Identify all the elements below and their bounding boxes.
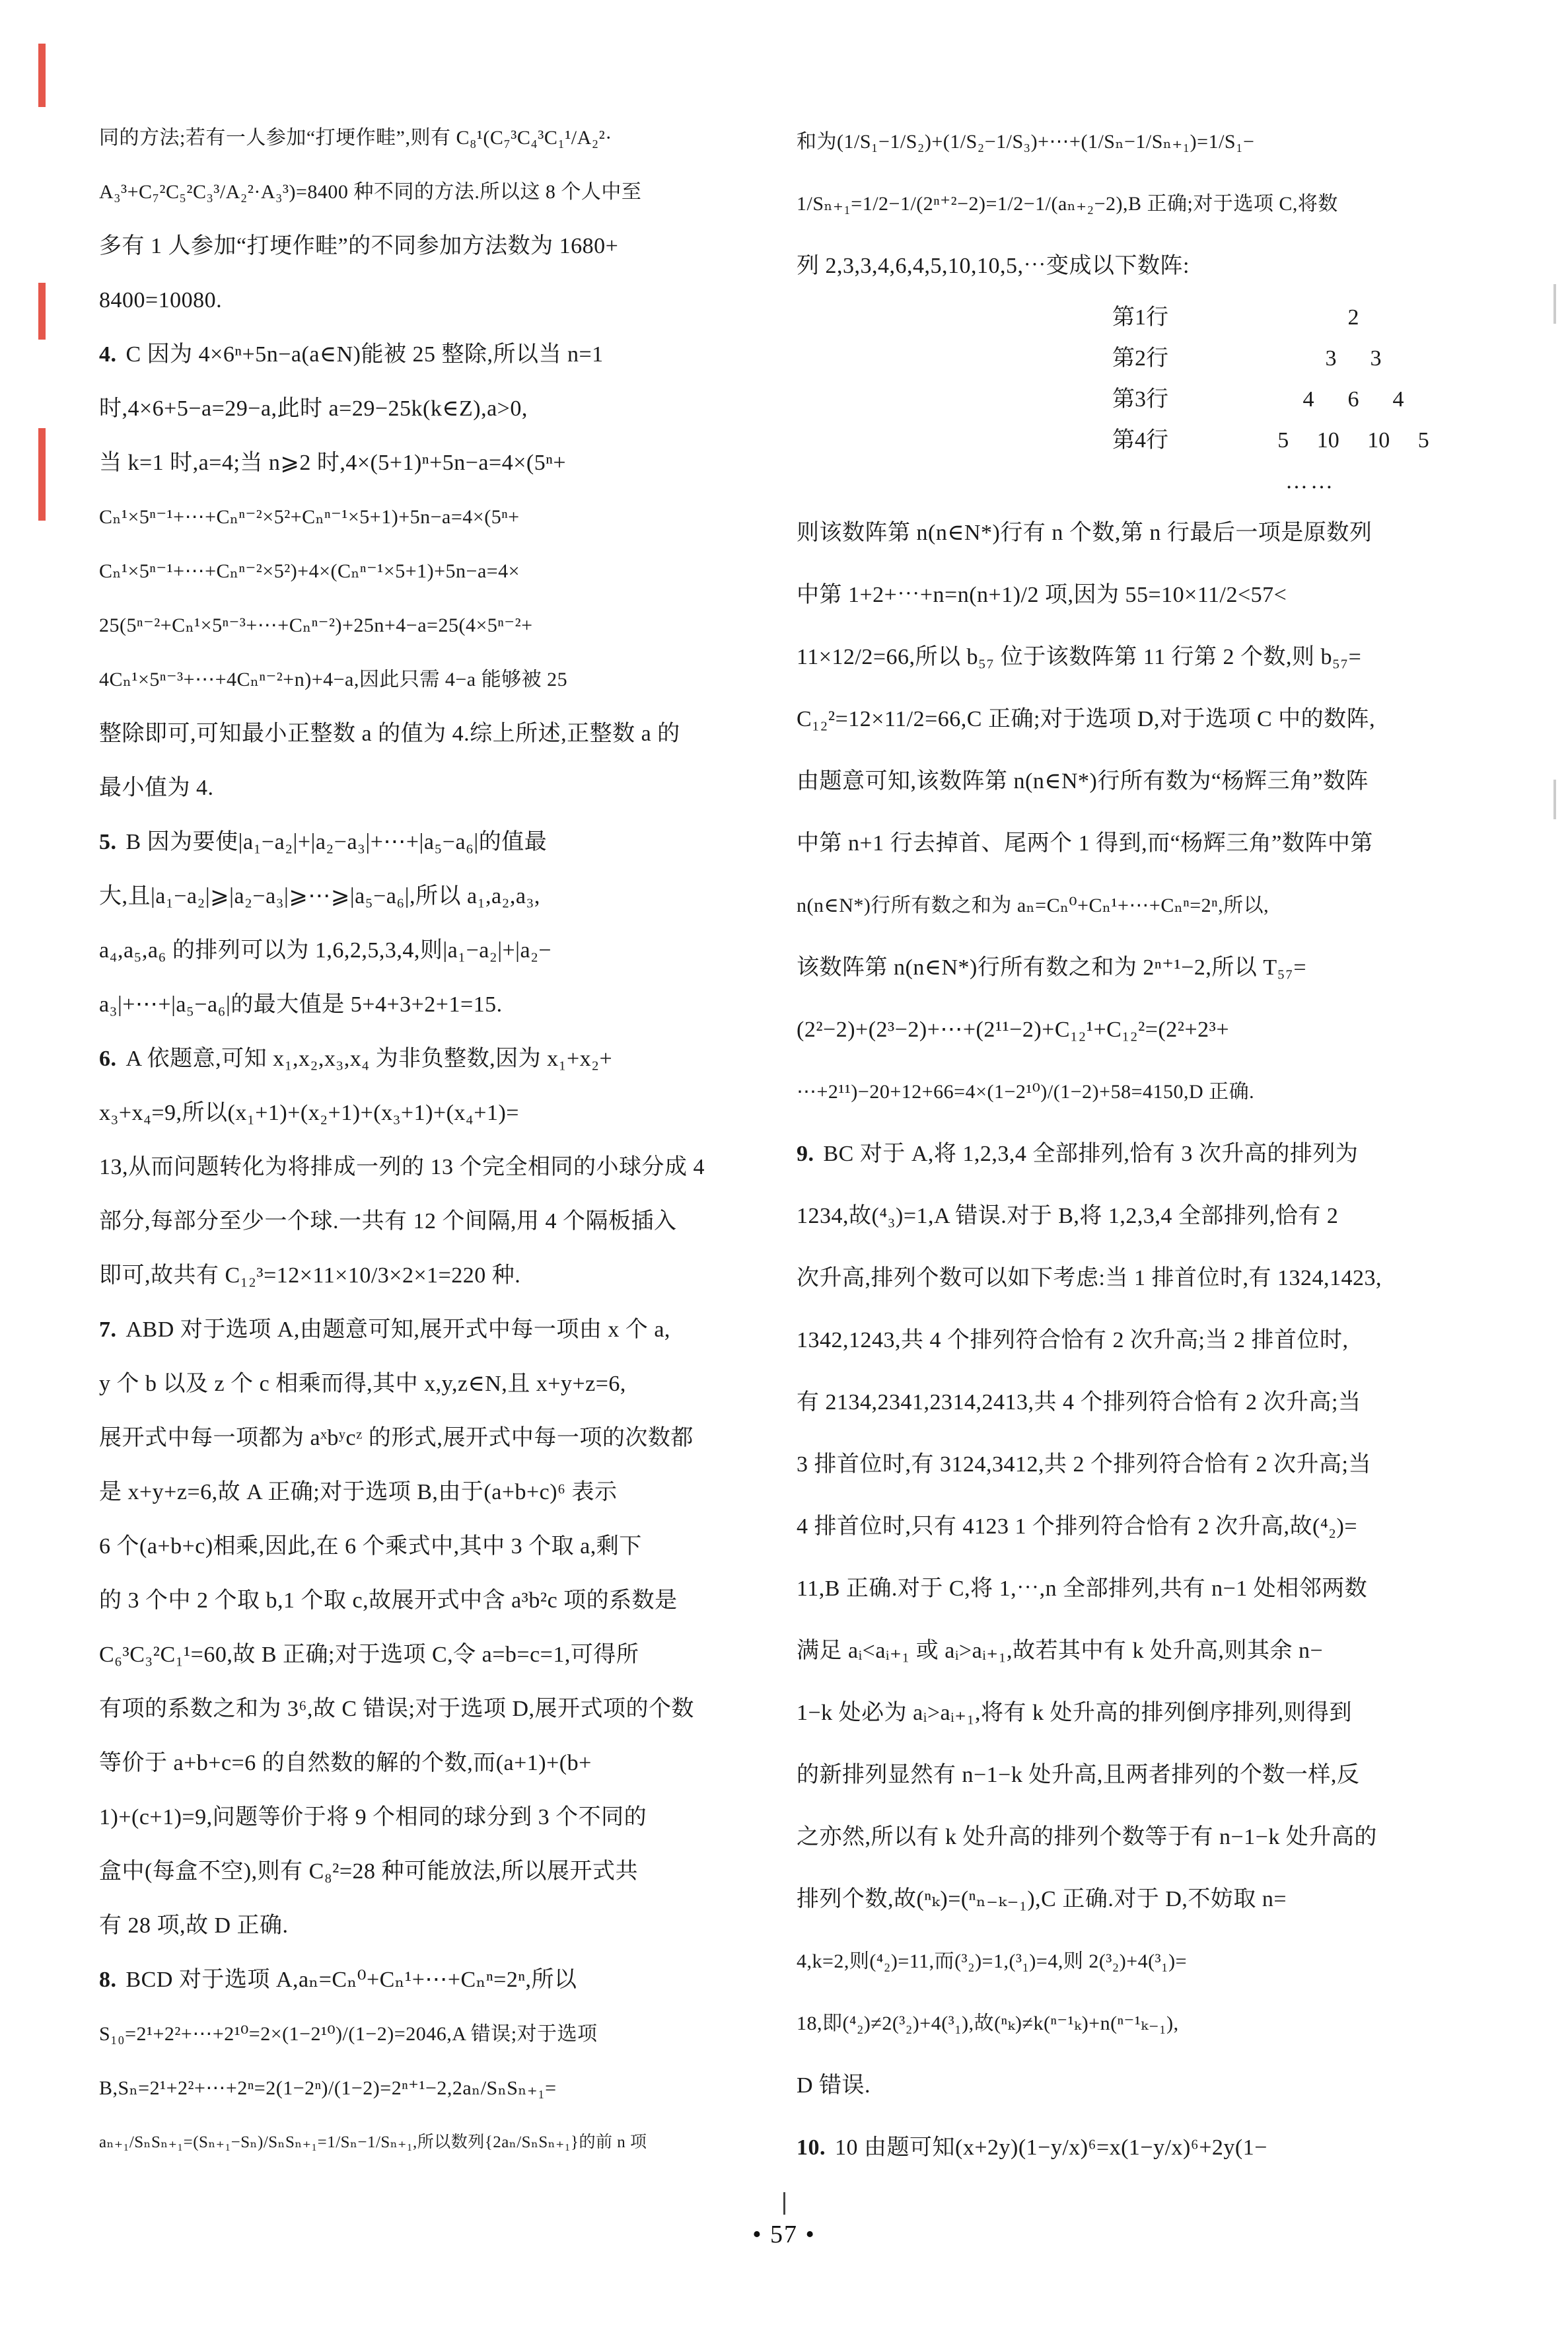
- matrix-row-label: 第3行: [1112, 379, 1211, 420]
- text-line: 1−k 处必为 aᵢ>aᵢ₊₁,将有 k 处升高的排列倒序排列,则得到: [797, 1682, 1531, 1744]
- item-text: ABD 对于选项 A,由题意可知,展开式中每一项由 x 个 a,: [126, 1317, 670, 1342]
- text-line: 最小值为 4.: [99, 761, 770, 815]
- item-number: 6.: [99, 1047, 117, 1071]
- text-line: 8400=10080.: [99, 274, 770, 328]
- item-text: C 因为 4×6ⁿ+5n−a(a∈N)能被 25 整除,所以当 n=1: [126, 342, 604, 367]
- text-line: 13,从而问题转化为将排成一列的 13 个完全相同的小球分成 4: [99, 1140, 770, 1195]
- matrix-row-label: 第4行: [1112, 420, 1211, 461]
- scan-red-streak: [38, 44, 46, 107]
- matrix-row-label: 第1行: [1112, 297, 1211, 338]
- text-line: 1/Sₙ₊₁=1/2−1/(2ⁿ⁺²−2)=1/2−1/(aₙ₊₂−2),B 正…: [797, 173, 1531, 235]
- text-line: a₄,a₅,a₆ 的排列可以为 1,6,2,5,3,4,则|a₁−a₂|+|a₂…: [99, 924, 770, 978]
- text-line: x₃+x₄=9,所以(x₁+1)+(x₂+1)+(x₃+1)+(x₄+1)=: [99, 1086, 770, 1140]
- text-line: 18,即(⁴₂)≠2(³₂)+4(³₁),故(ⁿₖ)≠k(ⁿ⁻¹ₖ)+n(ⁿ⁻¹…: [797, 1993, 1531, 2055]
- text-line: y 个 b 以及 z 个 c 相乘而得,其中 x,y,z∈N,且 x+y+z=6…: [99, 1357, 770, 1411]
- text-line: 次升高,排列个数可以如下考虑:当 1 排首位时,有 1324,1423,: [797, 1247, 1531, 1310]
- scan-edge-mark: [1553, 780, 1556, 819]
- text-line: a₃|+⋯+|a₅−a₆|的最大值是 5+4+3+2+1=15.: [99, 978, 770, 1032]
- text-line: 该数阵第 n(n∈N*)行所有数之和为 2ⁿ⁺¹−2,所以 T₅₇=: [797, 937, 1531, 999]
- text-line: 时,4×6+5−a=29−a,此时 a=29−25k(k∈Z),a>0,: [99, 382, 770, 436]
- text-line: 展开式中每一项都为 aˣbʸcᶻ 的形式,展开式中每一项的次数都: [99, 1411, 770, 1465]
- item-number: 7.: [99, 1317, 117, 1342]
- solution-item-7: 7.ABD 对于选项 A,由题意可知,展开式中每一项由 x 个 a,: [99, 1303, 770, 1357]
- matrix-ellipsis: ……: [1285, 461, 1531, 502]
- text-line: D 错误.: [797, 2055, 1531, 2117]
- text-line: C₁₂²=12×11/2=66,C 正确;对于选项 D,对于选项 C 中的数阵,: [797, 688, 1531, 751]
- text-line: 部分,每部分至少一个球.一共有 12 个间隔,用 4 个隔板插入: [99, 1195, 770, 1249]
- text-line: 有 2134,2341,2314,2413,共 4 个排列符合恰有 2 次升高;…: [797, 1372, 1531, 1434]
- item-number: 5.: [99, 830, 117, 854]
- item-text: 10 由题可知(x+2y)(1−y/x)⁶=x(1−y/x)⁶+2y(1−: [835, 2135, 1267, 2160]
- text-line: 满足 aᵢ<aᵢ₊₁ 或 aᵢ>aᵢ₊₁,故若其中有 k 处升高,则其余 n−: [797, 1620, 1531, 1682]
- solution-item-5: 5.B 因为要使|a₁−a₂|+|a₂−a₃|+⋯+|a₅−a₆|的值最: [99, 815, 770, 869]
- text-line: 列 2,3,3,4,6,4,5,10,10,5,⋯变成以下数阵:: [797, 235, 1531, 297]
- text-line: 同的方法;若有一人参加“打埂作畦”,则有 C₈¹(C₇³C₄³C₁¹/A₂²·: [99, 111, 770, 165]
- text-line: 有项的系数之和为 3⁶,故 C 错误;对于选项 D,展开式项的个数: [99, 1682, 770, 1736]
- text-line: 排列个数,故(ⁿₖ)=(ⁿₙ₋ₖ₋₁),C 正确.对于 D,不妨取 n=: [797, 1868, 1531, 1931]
- text-line: n(n∈N*)行所有数之和为 aₙ=Cₙ⁰+Cₙ¹+⋯+Cₙⁿ=2ⁿ,所以,: [797, 875, 1531, 937]
- matrix-row: 第4行5 10 10 5: [797, 420, 1531, 461]
- text-line: 1)+(c+1)=9,问题等价于将 9 个相同的球分到 3 个不同的: [99, 1790, 770, 1845]
- item-text: BCD 对于选项 A,aₙ=Cₙ⁰+Cₙ¹+⋯+Cₙⁿ=2ⁿ,所以: [126, 1968, 577, 1992]
- item-text: B 因为要使|a₁−a₂|+|a₂−a₃|+⋯+|a₅−a₆|的值最: [126, 830, 548, 854]
- solution-item-8: 8.BCD 对于选项 A,aₙ=Cₙ⁰+Cₙ¹+⋯+Cₙⁿ=2ⁿ,所以: [99, 1953, 770, 2007]
- solution-item-10: 10.10 由题可知(x+2y)(1−y/x)⁶=x(1−y/x)⁶+2y(1−: [797, 2117, 1531, 2179]
- text-line: ⋯+2¹¹)−20+12+66=4×(1−2¹⁰)/(1−2)+58=4150,…: [797, 1061, 1531, 1123]
- text-line: 的 3 个中 2 个取 b,1 个取 c,故展开式中含 a³b²c 项的系数是: [99, 1574, 770, 1628]
- solution-item-6: 6.A 依题意,可知 x₁,x₂,x₃,x₄ 为非负整数,因为 x₁+x₂+: [99, 1032, 770, 1086]
- book-page: 同的方法;若有一人参加“打埂作畦”,则有 C₈¹(C₇³C₄³C₁¹/A₂²· …: [0, 0, 1568, 2325]
- item-text: BC 对于 A,将 1,2,3,4 全部排列,恰有 3 次升高的排列为: [824, 1142, 1359, 1166]
- matrix-row-values: 5 10 10 5: [1211, 420, 1495, 461]
- item-number: 8.: [99, 1968, 117, 1992]
- item-text: A 依题意,可知 x₁,x₂,x₃,x₄ 为非负整数,因为 x₁+x₂+: [126, 1047, 613, 1071]
- text-line: 和为(1/S₁−1/S₂)+(1/S₂−1/S₃)+⋯+(1/Sₙ−1/Sₙ₊₁…: [797, 111, 1531, 173]
- text-line: 则该数阵第 n(n∈N*)行有 n 个数,第 n 行最后一项是原数列: [797, 502, 1531, 564]
- text-line: 盒中(每盒不空),则有 C₈²=28 种可能放法,所以展开式共: [99, 1845, 770, 1899]
- item-number: 10.: [797, 2135, 826, 2160]
- text-line: A₃³+C₇²C₅²C₃³/A₂²·A₃³)=8400 种不同的方法.所以这 8…: [99, 165, 770, 219]
- matrix-row-values: 4 6 4: [1211, 379, 1495, 420]
- text-line: 1234,故(⁴₃)=1,A 错误.对于 B,将 1,2,3,4 全部排列,恰有…: [797, 1185, 1531, 1247]
- text-line: 3 排首位时,有 3124,3412,共 2 个排列符合恰有 2 次升高;当: [797, 1434, 1531, 1496]
- matrix-row-label: 第2行: [1112, 338, 1211, 379]
- text-line: B,Sₙ=2¹+2²+⋯+2ⁿ=2(1−2ⁿ)/(1−2)=2ⁿ⁺¹−2,2aₙ…: [99, 2061, 770, 2116]
- text-line: Cₙ¹×5ⁿ⁻¹+⋯+Cₙⁿ⁻²×5²+Cₙⁿ⁻¹×5+1)+5n−a=4×(5…: [99, 490, 770, 544]
- left-column: 同的方法;若有一人参加“打埂作畦”,则有 C₈¹(C₇³C₄³C₁¹/A₂²· …: [99, 111, 770, 2170]
- right-column: 和为(1/S₁−1/S₂)+(1/S₂−1/S₃)+⋯+(1/Sₙ−1/Sₙ₊₁…: [797, 111, 1531, 2179]
- matrix-row: 第3行4 6 4: [797, 379, 1531, 420]
- matrix-row: 第1行2: [797, 297, 1531, 338]
- text-line: 4Cₙ¹×5ⁿ⁻³+⋯+4Cₙⁿ⁻²+n)+4−a,因此只需 4−a 能够被 2…: [99, 653, 770, 707]
- text-line: 1342,1243,共 4 个排列符合恰有 2 次升高;当 2 排首位时,: [797, 1310, 1531, 1372]
- text-line: 由题意可知,该数阵第 n(n∈N*)行所有数为“杨辉三角”数阵: [797, 751, 1531, 813]
- scan-red-streak: [38, 428, 46, 521]
- text-line: 有 28 项,故 D 正确.: [99, 1899, 770, 1953]
- text-line: (2²−2)+(2³−2)+⋯+(2¹¹−2)+C₁₂¹+C₁₂²=(2²+2³…: [797, 999, 1531, 1061]
- text-line: 即可,故共有 C₁₂³=12×11×10/3×2×1=220 种.: [99, 1249, 770, 1303]
- scan-red-streak: [38, 283, 46, 340]
- solution-item-9: 9.BC 对于 A,将 1,2,3,4 全部排列,恰有 3 次升高的排列为: [797, 1123, 1531, 1185]
- text-line: 是 x+y+z=6,故 A 正确;对于选项 B,由于(a+b+c)⁶ 表示: [99, 1465, 770, 1520]
- text-line: aₙ₊₁/SₙSₙ₊₁=(Sₙ₊₁−Sₙ)/SₙSₙ₊₁=1/Sₙ−1/Sₙ₊₁…: [99, 2116, 770, 2170]
- matrix-row: 第2行3 3: [797, 338, 1531, 379]
- text-line: 之亦然,所以有 k 处升高的排列个数等于有 n−1−k 处升高的: [797, 1806, 1531, 1868]
- text-line: S₁₀=2¹+2²+⋯+2¹⁰=2×(1−2¹⁰)/(1−2)=2046,A 错…: [99, 2007, 770, 2061]
- text-line: 当 k=1 时,a=4;当 n⩾2 时,4×(5+1)ⁿ+5n−a=4×(5ⁿ+: [99, 436, 770, 490]
- matrix-row-values: 2: [1211, 297, 1495, 338]
- text-line: 多有 1 人参加“打埂作畦”的不同参加方法数为 1680+: [99, 219, 770, 274]
- text-line: 4 排首位时,只有 4123 1 个排列符合恰有 2 次升高,故(⁴₂)=: [797, 1496, 1531, 1558]
- text-line: 25(5ⁿ⁻²+Cₙ¹×5ⁿ⁻³+⋯+Cₙⁿ⁻²)+25n+4−a=25(4×5…: [99, 599, 770, 653]
- text-line: 中第 1+2+⋯+n=n(n+1)/2 项,因为 55=10×11/2<57<: [797, 564, 1531, 626]
- text-line: Cₙ¹×5ⁿ⁻¹+⋯+Cₙⁿ⁻²×5²)+4×(Cₙⁿ⁻¹×5+1)+5n−a=…: [99, 544, 770, 599]
- scan-edge-mark: [1553, 284, 1556, 324]
- solution-item-4: 4.C 因为 4×6ⁿ+5n−a(a∈N)能被 25 整除,所以当 n=1: [99, 328, 770, 382]
- page-number: • 57 •: [0, 2220, 1568, 2249]
- text-line: 的新排列显然有 n−1−k 处升高,且两者排列的个数一样,反: [797, 1744, 1531, 1806]
- column-divider-tick: [783, 2192, 785, 2215]
- item-number: 9.: [797, 1142, 814, 1166]
- text-line: 4,k=2,则(⁴₂)=11,而(³₂)=1,(³₁)=4,则 2(³₂)+4(…: [797, 1931, 1531, 1993]
- item-number: 4.: [99, 342, 117, 367]
- text-line: 中第 n+1 行去掉首、尾两个 1 得到,而“杨辉三角”数阵中第: [797, 813, 1531, 875]
- text-line: 11,B 正确.对于 C,将 1,⋯,n 全部排列,共有 n−1 处相邻两数: [797, 1558, 1531, 1620]
- text-line: C₆³C₃²C₁¹=60,故 B 正确;对于选项 C,令 a=b=c=1,可得所: [99, 1628, 770, 1682]
- text-line: 11×12/2=66,所以 b₅₇ 位于该数阵第 11 行第 2 个数,则 b₅…: [797, 626, 1531, 688]
- text-line: 大,且|a₁−a₂|⩾|a₂−a₃|⩾⋯⩾|a₅−a₆|,所以 a₁,a₂,a₃…: [99, 869, 770, 924]
- text-line: 等价于 a+b+c=6 的自然数的解的个数,而(a+1)+(b+: [99, 1736, 770, 1790]
- matrix-row-values: 3 3: [1211, 338, 1495, 379]
- text-line: 6 个(a+b+c)相乘,因此,在 6 个乘式中,其中 3 个取 a,剩下: [99, 1520, 770, 1574]
- text-line: 整除即可,可知最小正整数 a 的值为 4.综上所述,正整数 a 的: [99, 707, 770, 761]
